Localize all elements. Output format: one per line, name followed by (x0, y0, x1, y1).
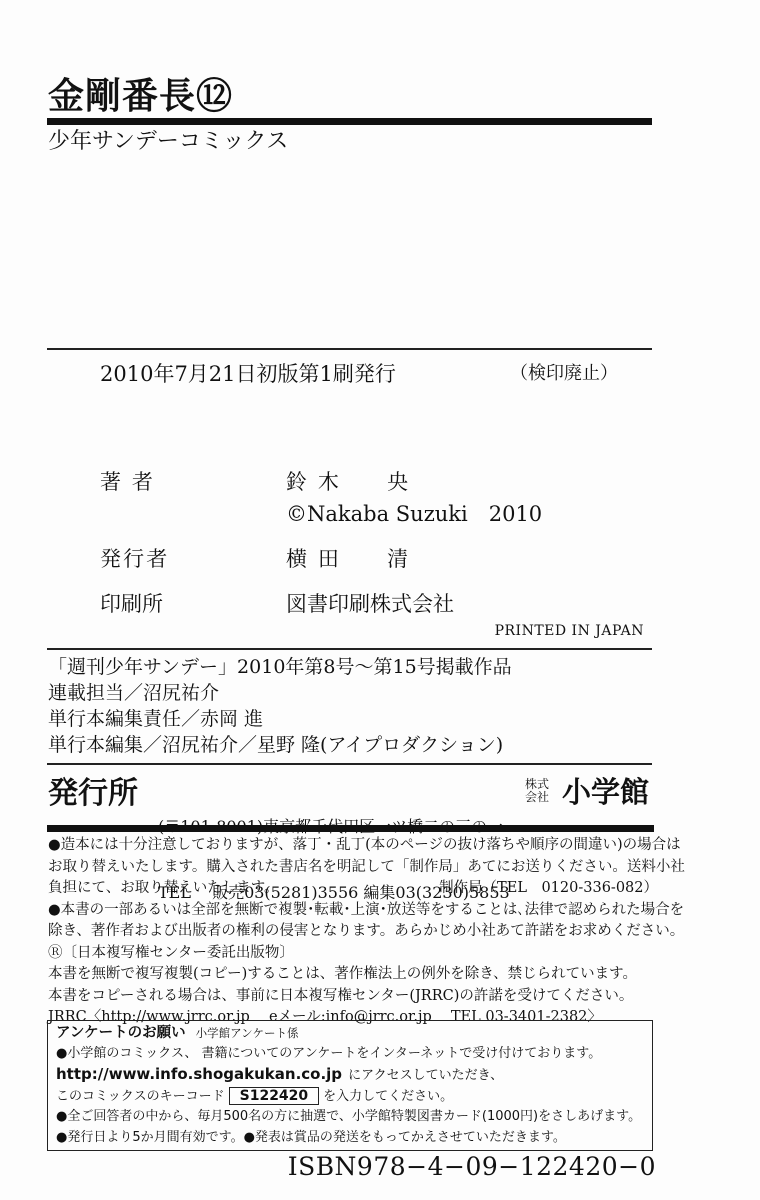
publisher-person-name: 横 田 清 (286, 545, 410, 573)
publisher-rule (47, 763, 652, 765)
publisher-name: 小学館 (562, 774, 649, 810)
credits-rule (47, 648, 652, 650)
notice-line: 本書をコピーされる場合は、事前に日本複写権センター(JRRC)の許諾を受けてくだ… (48, 986, 658, 1008)
survey-url-line: http://www.info.shogakukan.co.jpにアクセスしてい… (56, 1064, 644, 1087)
copyright: ©Nakaba Suzuki 2010 (286, 500, 542, 528)
corp-prefix-line-2: 会社 (525, 791, 553, 804)
notice-line: 除き、著作者および出版者の権利の侵害となります。あらかじめ小社あて許諾をお求めく… (48, 921, 658, 943)
volume-editors: 単行本編集／沼尻祐介／星野 隆(アイプロダクション) (48, 732, 512, 758)
survey-line: ●小学館のコミックス、 書籍についてのアンケートをインターネットで受け付けており… (56, 1044, 644, 1065)
printer-name: 図書印刷株式会社 (286, 590, 454, 618)
volume-chief-editor: 単行本編集責任／赤岡 進 (48, 706, 512, 732)
isbn: ISBN978−4−09−122420−0 (288, 1150, 656, 1184)
notice-line: お取り替えいたします。購入された書店名を明記して「制作局」あてにお送りください。… (48, 857, 658, 879)
notice-line: 本書を無断で複写複製(コピー)することは、著作権法上の例外を除き、禁じられていま… (48, 964, 658, 986)
notice-text: 負担にて、お取り替えいたします。 (48, 878, 279, 900)
keycode-label: このコミックスのキーコード (56, 1089, 225, 1104)
date-rule (47, 348, 652, 350)
printer-label: 印刷所 (100, 590, 163, 618)
keycode-value: S122420 (229, 1087, 320, 1105)
legal-notices: ●造本には十分注意しておりますが、落丁・乱丁(本のページの抜け落ちや順序の間違い… (48, 835, 658, 1029)
corp-prefix: 株式 会社 (525, 778, 553, 804)
notice-line: 負担にて、お取り替えいたします。 制作局（TEL 0120-336-082） (48, 878, 658, 900)
survey-title: アンケートのお願い (56, 1025, 186, 1041)
author-name: 鈴 木 央 (286, 468, 410, 496)
survey-keycode-line: このコミックスのキーコードS122420を入力してください。 (56, 1087, 644, 1108)
publisher-person-label: 発行者 (100, 545, 169, 573)
serial-editor: 連載担当／沼尻祐介 (48, 680, 512, 706)
notice-line: Ⓡ〔日本複写権センター委託出版物〕 (48, 943, 658, 965)
serialization-credits: 「週刊少年サンデー」2010年第8号〜第15号掲載作品 連載担当／沼尻祐介 単行… (48, 654, 512, 758)
survey-line: ●発行日より5か月間有効です。●発表は賞品の発送をもってかえさせていただきます。 (56, 1128, 644, 1149)
publisher-office-label: 発行所 (48, 776, 138, 812)
survey-dept: 小学館アンケート係 (196, 1026, 299, 1040)
printed-in-japan: PRINTED IN JAPAN (495, 623, 644, 639)
seal-note: （検印廃止） (510, 360, 618, 388)
survey-line: ●全ご回答者の中から、毎月500名の方に抽選で、小学館特製図書カード(1000円… (56, 1107, 644, 1128)
survey-heading: アンケートのお願い小学館アンケート係 (56, 1023, 644, 1044)
imprint-label: 少年サンデーコミックス (48, 128, 288, 156)
survey-url-after: にアクセスしていただき、 (348, 1068, 503, 1083)
survey-url-link[interactable]: http://www.info.shogakukan.co.jp (56, 1065, 342, 1083)
publication-date: 2010年7月21日初版第1刷発行 (100, 360, 396, 388)
production-contact: 制作局（TEL 0120-336-082） (439, 878, 658, 900)
notice-line: ●本書の一部あるいは全部を無断で複製･転載･上演･放送等をすることは､法律で認め… (48, 900, 658, 922)
keycode-after: を入力してください。 (323, 1089, 453, 1104)
notice-line: ●造本には十分注意しておりますが、落丁・乱丁(本のページの抜け落ちや順序の間違い… (48, 835, 658, 857)
title-rule (47, 118, 652, 125)
survey-box: アンケートのお願い小学館アンケート係 ●小学館のコミックス、 書籍についてのアン… (47, 1020, 653, 1151)
notice-rule (47, 825, 654, 832)
serialization-source: 「週刊少年サンデー」2010年第8号〜第15号掲載作品 (48, 654, 512, 680)
book-title: 金剛番長⑫ (48, 76, 233, 118)
author-label: 著 者 (100, 468, 155, 496)
